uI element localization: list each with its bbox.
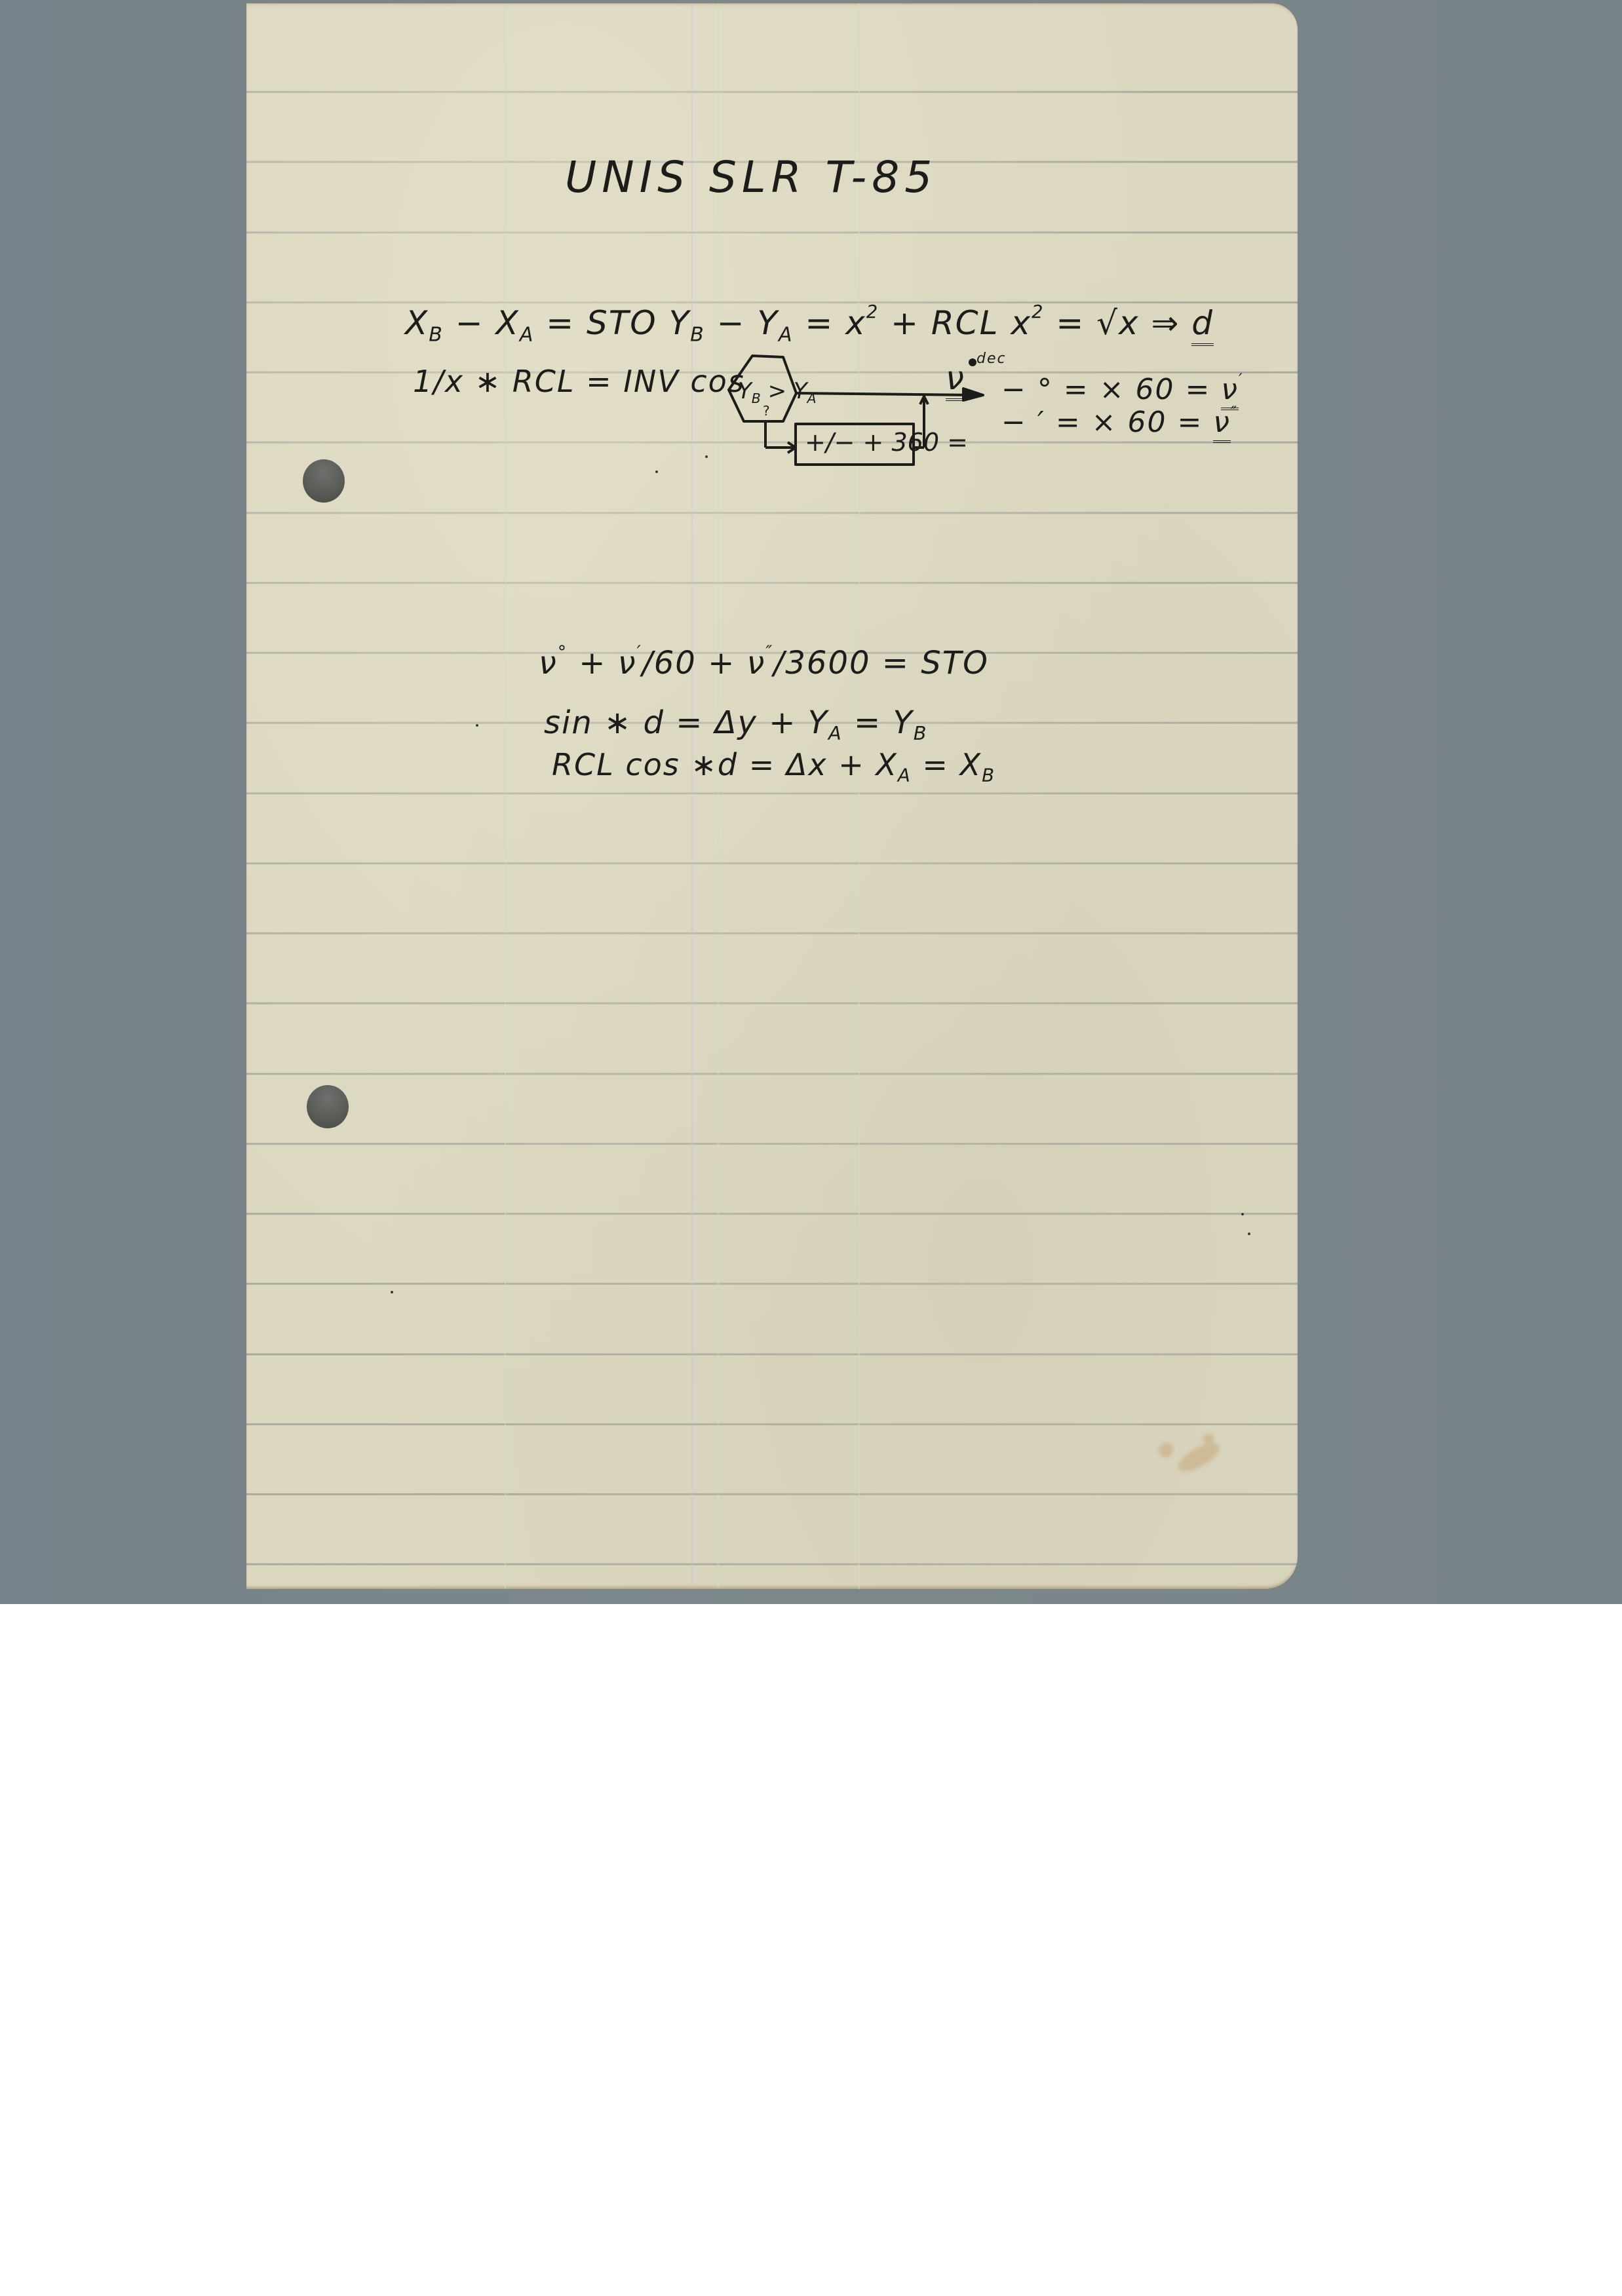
punch-hole-bottom xyxy=(307,1085,349,1128)
symbol: X xyxy=(405,304,429,342)
expression: + RCL x xyxy=(879,304,1032,342)
angle-formula: 1/x ∗ RCL = INV cos xyxy=(413,364,745,399)
degree-dot xyxy=(969,358,976,366)
x-coordinate-formula: RCL cos ∗d = Δx + XA = XB xyxy=(552,747,995,786)
distance-formula: XB − XA = STO YB − YA = x2 + RCL x2 = √x… xyxy=(405,301,1214,346)
subscript: B xyxy=(429,323,444,346)
expression: = x xyxy=(793,304,866,342)
margin-line xyxy=(718,3,719,1589)
operator: = STO xyxy=(534,304,668,342)
stain xyxy=(1159,1443,1173,1457)
no-branch-marker: ? xyxy=(763,403,770,419)
angle-nu-output: ν xyxy=(946,359,965,397)
expression: 1/x xyxy=(413,364,464,399)
speck xyxy=(705,455,708,458)
operator: − xyxy=(444,304,496,342)
stain xyxy=(1174,1438,1224,1476)
stain xyxy=(1203,1434,1214,1444)
symbol: X xyxy=(496,304,520,342)
condition-label: YB > YA xyxy=(738,378,817,406)
distance-result: d xyxy=(1191,304,1214,346)
speck xyxy=(391,1291,393,1293)
expression: ∗ RCL = INV cos xyxy=(464,364,745,399)
page-title: UNIS SLR T-85 xyxy=(565,152,937,202)
symbol: Y xyxy=(669,304,691,342)
subscript: A xyxy=(520,323,535,346)
operator: − xyxy=(705,304,758,342)
seconds-conversion: − ′ = × 60 = ν″ xyxy=(1001,403,1238,439)
correction-label: +/− + 360 = xyxy=(805,428,968,457)
exponent: 2 xyxy=(866,301,879,322)
speck xyxy=(655,470,658,473)
margin-line xyxy=(859,3,860,1589)
dms-to-decimal-formula: ν° + ν′/60 + ν″/3600 = STO xyxy=(539,642,989,681)
margin-line xyxy=(691,3,693,1589)
notebook-sheet xyxy=(246,3,1298,1589)
symbol: Y xyxy=(757,304,779,342)
dec-label: dec xyxy=(976,351,1007,367)
margin-line xyxy=(505,3,506,1589)
exponent: 2 xyxy=(1032,301,1045,322)
speck xyxy=(1241,1213,1244,1215)
subscript: B xyxy=(690,323,705,346)
expression: = √x ⇒ xyxy=(1044,304,1191,342)
minutes-conversion: − ° = × 60 = ν′ xyxy=(1001,370,1243,406)
subscript: A xyxy=(779,323,794,346)
speck xyxy=(476,724,478,727)
speck xyxy=(1248,1233,1250,1235)
y-coordinate-formula: sin ∗ d = Δy + YA = YB xyxy=(544,704,928,744)
punch-hole-top xyxy=(303,459,345,503)
